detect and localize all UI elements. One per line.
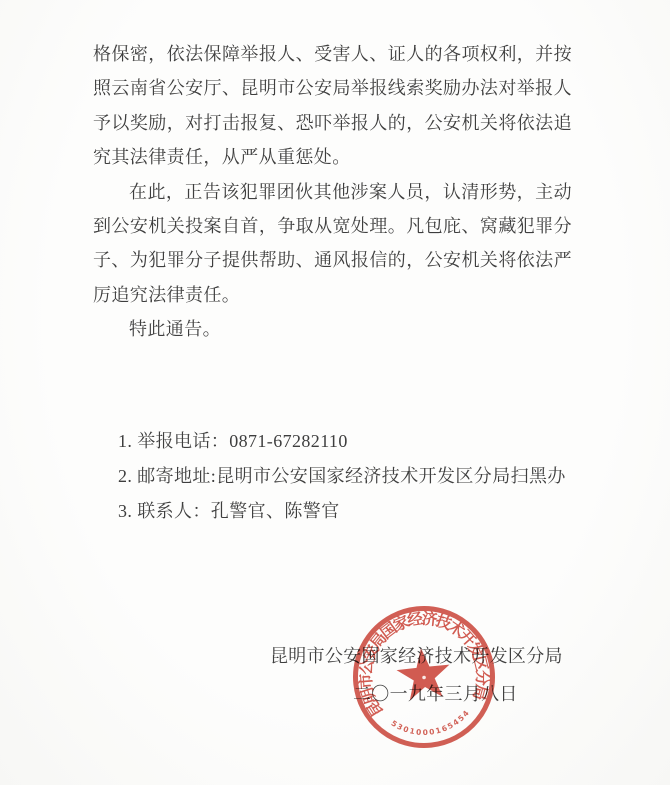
contact-list: 1. 举报电话：0871-67282110 2. 邮寄地址:昆明市公安国家经济技… [118,424,588,529]
notice-body: 格保密，依法保障举报人、受害人、证人的各项权利，并按照云南省公安厅、昆明市公安局… [93,37,572,347]
contact-item-officers: 3. 联系人：孔警官、陈警官 [118,494,588,529]
body-paragraph-closing: 特此通告。 [93,312,572,346]
contact-item-address: 2. 邮寄地址:昆明市公安国家经济技术开发区分局扫黑办 [118,459,588,494]
notice-document-page: 格保密，依法保障举报人、受害人、证人的各项权利，并按照云南省公安厅、昆明市公安局… [0,0,670,785]
body-paragraph-warning: 在此，正告该犯罪团伙其他涉案人员，认清形势，主动到公安机关投案自首，争取从宽处理… [93,175,572,313]
body-paragraph-continuation: 格保密，依法保障举报人、受害人、证人的各项权利，并按照云南省公安厅、昆明市公安局… [93,37,572,175]
star-icon [395,645,453,701]
contact-item-phone: 1. 举报电话：0871-67282110 [118,424,588,459]
official-seal: 昆明市公安局国家经济技术开发区分局 5301000165454 [350,603,498,751]
